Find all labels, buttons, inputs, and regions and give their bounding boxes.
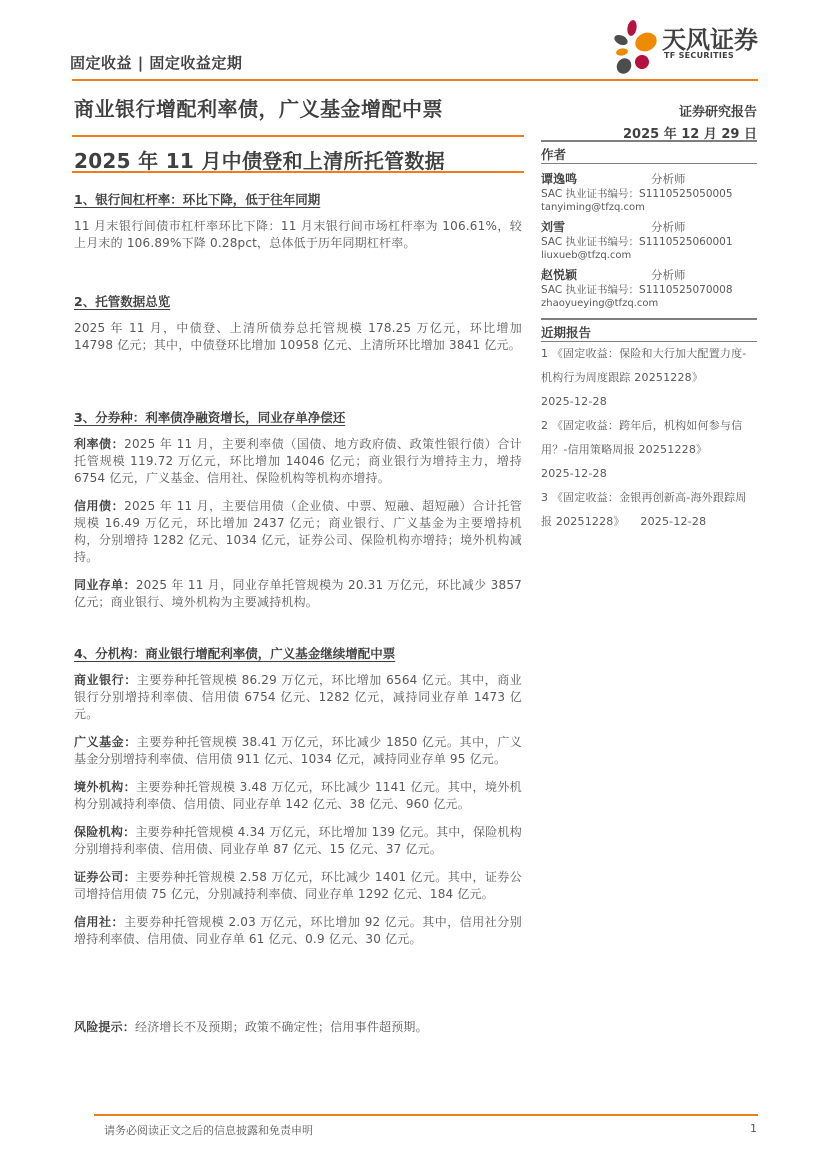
paragraph-text: 2025 年 11 月，中债登、上清所债券总托管规模 178.25 万亿元，环比… [74,321,522,352]
section-3: 3、分券种：利率债净融资增长，同业存单净偿还 利率债：2025 年 11 月，主… [74,408,522,611]
report-type: 证券研究报告 [679,101,757,120]
footer-disclaimer: 请务必阅读正文之后的信息披露和免责申明 [104,1122,313,1138]
authors-bottom-rule [541,163,757,164]
section-heading: 4、分机构：商业银行增配利率债，广义基金继续增配中票 [74,644,522,662]
section-4: 4、分机构：商业银行增配利率债，广义基金继续增配中票 商业银行：主要券种托管规模… [74,644,522,948]
paragraph-lead: 广义基金： [74,735,137,749]
risk-lead: 风险提示： [74,1020,135,1034]
paragraph-foreign: 境外机构：主要券种托管规模 3.48 万亿元，环比减少 1141 亿元。其中，境… [74,779,522,813]
paragraph-text: 2025 年 11 月，主要信用债（企业债、中票、短融、超短融）合计托管规模 1… [74,499,522,564]
paragraph-broad-funds: 广义基金：主要券种托管规模 38.41 万亿元，环比减少 1850 亿元。其中，… [74,734,522,768]
paragraph: 11 月末银行间债市杠杆率环比下降：11 月末银行间市场杠杆率为 106.61%… [74,218,522,252]
author-card: 谭逸鸣分析师 SAC 执业证书编号：S1110525050005 tanyimi… [541,168,757,214]
paragraph-lead: 信用社： [74,915,124,929]
author-sac: SAC 执业证书编号：S1110525050005 [541,187,757,201]
report-category: 固定收益 | 固定收益定期 [70,52,242,73]
risk-warning: 风险提示：经济增长不及预期；政策不确定性；信用事件超预期。 [74,1019,522,1036]
paragraph-text: 主要券种托管规模 86.29 万亿元，环比增加 6564 亿元。其中，商业银行分… [74,673,522,721]
recent-reports-block: 近期报告 [541,323,757,341]
author-name: 刘雪 [541,218,651,235]
report-headline: 商业银行增配利率债，广义基金增配中票 [74,93,443,122]
paragraph-rates: 利率债：2025 年 11 月，主要利率债（国债、地方政府债、政策性银行债）合计… [74,436,522,487]
author-name: 赵悦颖 [541,266,651,283]
author-card: 刘雪分析师 SAC 执业证书编号：S1110525060001 liuxueb@… [541,216,757,262]
risk-text: 经济增长不及预期；政策不确定性；信用事件超预期。 [135,1020,428,1034]
author-name: 谭逸鸣 [541,170,651,187]
paragraph: 风险提示：经济增长不及预期；政策不确定性；信用事件超预期。 [74,1019,522,1036]
paragraph-lead: 利率债： [74,437,124,451]
recent-report-date: 2025-12-28 [541,462,757,486]
section-heading: 2、托管数据总览 [74,292,522,310]
author-card: 赵悦颖分析师 SAC 执业证书编号：S1110525070008 zhaoyue… [541,264,757,310]
paragraph-ncd: 同业存单：2025 年 11 月，同业存单托管规模为 20.31 万亿元，环比减… [74,577,522,611]
logo-petals-icon [610,18,660,78]
paragraph-lead: 同业存单： [74,578,136,592]
paragraph-text: 2025 年 11 月，主要利率债（国债、地方政府债、政策性银行债）合计托管规模… [74,437,522,485]
paragraph-text: 主要券种托管规模 2.58 万亿元，环比减少 1401 亿元。其中，证券公司增持… [74,870,522,901]
paragraph-credit: 信用债：2025 年 11 月，主要信用债（企业债、中票、短融、超短融）合计托管… [74,498,522,566]
recent-report-item[interactable]: 1 《固定收益：保险和大行加大配置力度-机构行为周度跟踪 20251228》 2… [541,342,757,414]
section-heading: 1、银行间杠杆率：环比下降，低于往年同期 [74,190,522,208]
paragraph-lead: 证券公司： [74,870,136,884]
recent-report-item[interactable]: 2 《固定收益：跨年后，机构如何参与信用？-信用策略周报 20251228》 2… [541,414,757,486]
paragraph-lead: 信用债： [74,499,124,513]
paragraph-lead: 商业银行： [74,673,137,687]
author-list: 谭逸鸣分析师 SAC 执业证书编号：S1110525050005 tanyimi… [541,168,757,310]
recent-reports-heading: 近期报告 [541,323,757,341]
subtitle-bottom-rule [72,171,524,173]
paragraph-insurance: 保险机构：主要券种托管规模 4.34 万亿元，环比增加 139 亿元。其中，保险… [74,824,522,858]
recent-report-title[interactable]: 1 《固定收益：保险和大行加大配置力度-机构行为周度跟踪 20251228》 [541,342,757,390]
subtitle-top-rule [72,135,524,137]
header-rule [72,79,758,81]
paragraph: 2025 年 11 月，中债登、上清所债券总托管规模 178.25 万亿元，环比… [74,320,522,354]
paragraph-text: 主要券种托管规模 4.34 万亿元，环比增加 139 亿元。其中，保险机构分别增… [74,825,522,856]
author-role: 分析师 [651,172,686,186]
section-2: 2、托管数据总览 2025 年 11 月，中债登、上清所债券总托管规模 178.… [74,292,522,354]
recent-reports-list: 1 《固定收益：保险和大行加大配置力度-机构行为周度跟踪 20251228》 2… [541,342,757,534]
logo-name-en: TF SECURITIES [664,51,734,60]
author-role: 分析师 [651,268,686,282]
footer-rule [94,1114,758,1116]
author-email[interactable]: tanyiming@tfzq.com [541,201,757,214]
author-role: 分析师 [651,220,686,234]
paragraph-securities: 证券公司：主要券种托管规模 2.58 万亿元，环比减少 1401 亿元。其中，证… [74,869,522,903]
author-email[interactable]: zhaoyueying@tfzq.com [541,297,757,310]
paragraph-lead: 境外机构： [74,780,136,794]
paragraph-text: 2025 年 11 月，同业存单托管规模为 20.31 万亿元，环比减少 385… [74,578,522,609]
recent-top-rule [541,318,757,320]
paragraph-text: 11 月末银行间债市杠杆率环比下降：11 月末银行间市场杠杆率为 106.61%… [74,219,522,250]
recent-report-title[interactable]: 2 《固定收益：跨年后，机构如何参与信用？-信用策略周报 20251228》 [541,414,757,462]
report-subtitle: 2025 年 11 月中债登和上清所托管数据 [74,145,445,174]
authors-heading: 作者 [541,145,757,163]
paragraph-commercial-banks: 商业银行：主要券种托管规模 86.29 万亿元，环比增加 6564 亿元。其中，… [74,672,522,723]
paragraph-text: 主要券种托管规模 2.03 万亿元，环比增加 92 亿元。其中，信用社分别增持利… [74,915,522,946]
paragraph-credit-coops: 信用社：主要券种托管规模 2.03 万亿元，环比增加 92 亿元。其中，信用社分… [74,914,522,948]
tf-securities-logo: 天风证券 TF SECURITIES [610,18,760,78]
logo-name-cn: 天风证券 [662,20,758,55]
recent-report-date: 2025-12-28 [541,390,757,414]
recent-report-item[interactable]: 3 《固定收益：金银再创新高-海外跟踪周报 20251228》 2025-12-… [541,486,757,534]
authors-block: 作者 [541,145,757,163]
paragraph-lead: 保险机构： [74,825,135,839]
author-email[interactable]: liuxueb@tfzq.com [541,249,757,262]
authors-top-rule [541,140,757,142]
paragraph-text: 主要券种托管规模 38.41 万亿元，环比减少 1850 亿元。其中，广义基金分… [74,735,522,766]
author-sac: SAC 执业证书编号：S1110525060001 [541,235,757,249]
section-1: 1、银行间杠杆率：环比下降，低于往年同期 11 月末银行间债市杠杆率环比下降：1… [74,190,522,252]
recent-report-date: 2025-12-28 [640,515,706,528]
author-sac: SAC 执业证书编号：S1110525070008 [541,283,757,297]
paragraph-text: 主要券种托管规模 3.48 万亿元，环比减少 1141 亿元。其中，境外机构分别… [74,780,522,811]
page-number: 1 [750,1122,757,1135]
section-heading: 3、分券种：利率债净融资增长，同业存单净偿还 [74,408,522,426]
